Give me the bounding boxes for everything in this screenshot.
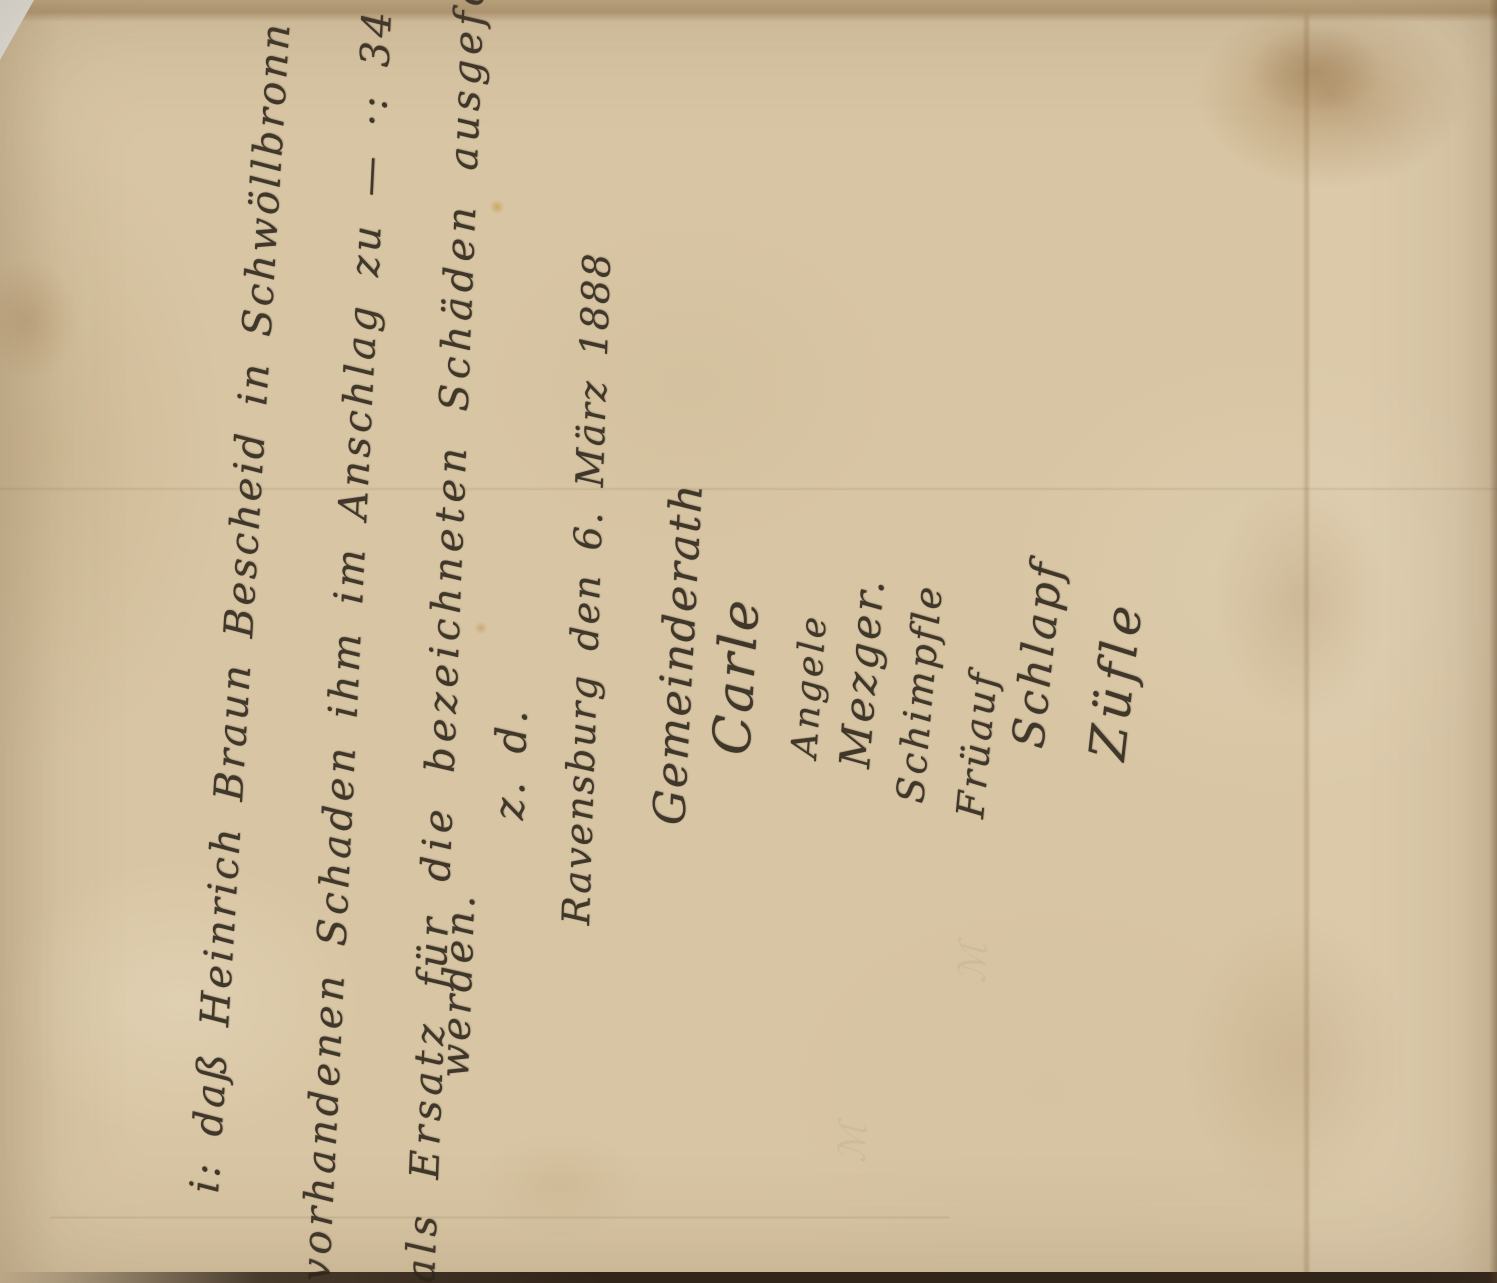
document-photo: ℳ ℳ i: daß Heinrich Braun Bescheid in Sc… (0, 0, 1497, 1283)
photo-vignette (0, 0, 1497, 1283)
